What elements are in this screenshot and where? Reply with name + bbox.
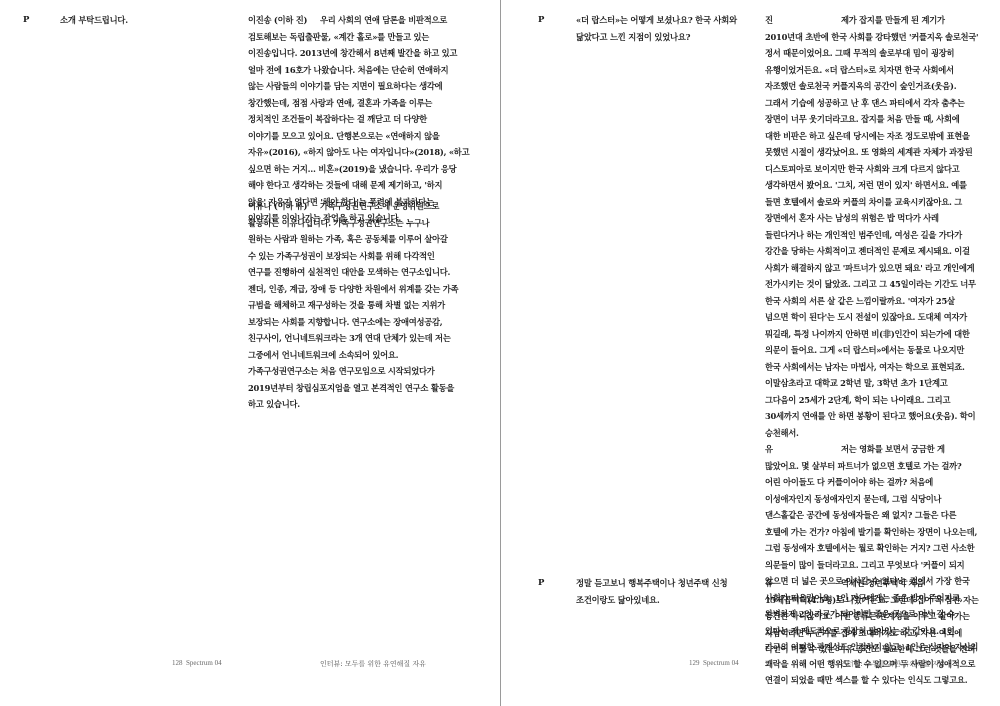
answer-line: 이유나 (이하 유)가족구성권연구소에 운영위원으로 — [248, 198, 488, 215]
speaker-label: 이진송 (이하 진) — [248, 12, 320, 29]
answer-block-yu: 이유나 (이하 유)가족구성권연구소에 운영위원으로 활동하는 이유나입니다. … — [248, 198, 488, 413]
answer-line: 생각하면서 봤어요. '그치, 저런 면이 있지' 하면서요. 예를 — [765, 177, 1000, 194]
answer-line: 이진송입니다. 2013년에 창간해서 8년째 발간을 하고 있고 — [248, 45, 488, 62]
answer-line: 넘으면 학이 된다'는 도시 전설이 있잖아요. 도대체 여자가 — [765, 309, 1000, 326]
answer-line: 사람이라면 누군가를 집에 초대하기도 하고, 자신 이외에 — [765, 625, 1000, 642]
page-footer-left: 128 Spectrum 04 — [172, 659, 222, 667]
answer-line: 수 있는 가족구성권이 보장되는 사회를 위해 다각적인 — [248, 248, 488, 265]
answer-line: 대한 비판은 하고 싶은데 당시에는 자조 정도로밖에 표현을 — [765, 128, 1000, 145]
answer-line: 정서 때문이었어요. 그때 무적의 솔로부대 밈이 굉장히 — [765, 45, 1000, 62]
answer-line: 싶으면 하는 거지… 비혼»(2019)을 냈습니다. 우리가 응당 — [248, 161, 488, 178]
speaker-label: 진 — [765, 12, 841, 29]
answer-line: 15제곱미터(4.5평)로 나왔거든요. 그런데 집이 꼭 잠만 자는 — [765, 592, 1000, 609]
answer-line: 사회가 해결하지 않고 '파트너가 있으면 돼요' 라고 개인에게 — [765, 260, 1000, 277]
answer-line: 그럼 동성애자 호텔에서는 뭘로 확인하는 거지? 그런 사소한 — [765, 540, 1000, 557]
answer-line: 들린다거나 하는 개인적인 범주인데, 여성은 길을 가다가 — [765, 227, 1000, 244]
speaker-label: 유 — [765, 575, 841, 592]
answer-line: 그중에서 언니네트워크에 소속되어 있어요. — [248, 347, 488, 364]
answer-line: 장면이 너무 웃기더라고요. 잡지를 처음 만들 때, 사회에 — [765, 111, 1000, 128]
answer-line: 이성애자인지 동성애자인지 묻는데, 그럼 식당이나 — [765, 491, 1000, 508]
speaker-label: 유 — [765, 441, 841, 458]
answer-line: 그다음이 25세가 2단계, 학이 되는 나이래요. 그리고 — [765, 392, 1000, 409]
question-marker: P — [538, 12, 544, 29]
right-page: P «더 랍스터»는 어떻게 보셨나요? 한국 사회와 닮았다고 느낀 지점이 … — [501, 0, 1000, 706]
running-title: 인터뷰: 모두를 위한 유연해질 자유 — [840, 659, 946, 669]
question-text: «더 랍스터»는 어떻게 보셨나요? 한국 사회와 닮았다고 느낀 지점이 있었… — [576, 12, 737, 45]
question-marker: P — [538, 575, 544, 592]
speaker-label: 이유나 (이하 유) — [248, 198, 320, 215]
answer-line: 전가시키는 것이 닮았죠. 그리고 그 45일이라는 기간도 너무 — [765, 276, 1000, 293]
answer-line: 공간은 아니잖아요. 어떤 종류든 관계성을 이루고 살아가는 — [765, 608, 1000, 625]
page-number: 129 — [689, 659, 700, 667]
answer-line: 유저는 영화를 보면서 궁금한 게 — [765, 441, 1000, 458]
answer-line: 2019년부터 창립심포지엄을 열고 본격적인 연구소 활동을 — [248, 380, 488, 397]
answer-line: 자조했던 솔로천국 커플지옥의 공간이 숲인거죠(웃음). — [765, 78, 1000, 95]
magazine-name: Spectrum 04 — [703, 659, 739, 667]
answer-line: 유행이었거든요. «더 랍스터»로 치자면 한국 사회에서 — [765, 62, 1000, 79]
answer-line: 의문이 들어요. 그게 «더 랍스터»에서는 동물로 나오지만 — [765, 342, 1000, 359]
answer-line: 디스토피아로 보이지만 한국 사회와 크게 다르지 않다고 — [765, 161, 1000, 178]
answer-line: 진제가 잡지를 만들게 된 계기가 — [765, 12, 1000, 29]
answer-line: 뭐길래, 특정 나이까지 안하면 비(非)인간이 되는가에 대한 — [765, 326, 1000, 343]
answer-line: 한국 사회의 서른 살 같은 느낌이랄까요. '여자가 25살 — [765, 293, 1000, 310]
answer-line: 가족구성권연구소는 처음 연구모임으로 시작되었다가 — [248, 363, 488, 380]
question-text: 소개 부탁드립니다. — [60, 12, 128, 29]
answer-line: 이말삼초라고 대학교 2학년 말, 3학년 초가 1단계고 — [765, 375, 1000, 392]
answer-line: 30세까지 연애를 안 하면 봉황이 된다고 했어요(웃음). 학이 — [765, 408, 1000, 425]
answer-line: 그래서 기습에 성공하고 난 후 댄스 파티에서 각자 춤추는 — [765, 95, 1000, 112]
answer-line: 못했던 시절이 생각났어요. 또 영화의 세계관 자체가 과장된 — [765, 144, 1000, 161]
answer-line: 않는 사람들의 이야기를 담는 지면이 필요하다는 생각에 — [248, 78, 488, 95]
answer-line: 들면 호텔에서 솔로와 커플의 차이를 교육시키잖아요. 그 — [765, 194, 1000, 211]
answer-line: 많았어요. 몇 살부터 파트너가 없으면 호텔로 가는 걸까? — [765, 458, 1000, 475]
answer-line: 젠더, 인종, 계급, 장애 등 다양한 차원에서 위계를 갖는 가족 — [248, 281, 488, 298]
magazine-name: Spectrum 04 — [186, 659, 222, 667]
answer-line: 얼마 전에 16호가 나왔습니다. 처음에는 단순히 연애하지 — [248, 62, 488, 79]
answer-line: 이진송 (이하 진)우리 사회의 연애 담론을 비판적으로 — [248, 12, 488, 29]
page-footer-right: 129 Spectrum 04 — [689, 659, 739, 667]
answer-line: 타인이 머물 수 있는 여유 공간도 필요한데 그런 것들을 전혀 — [765, 641, 1000, 658]
running-title: 인터뷰: 모두를 위한 유연해질 자유 — [320, 659, 426, 669]
answer-line: 해야 한다고 생각하는 것들에 대해 문제 제기하고, '하지 — [248, 177, 488, 194]
question-text: 정말 듣고보니 행복주택이나 청년주택 신청 조건이랑도 닮아있네요. — [576, 575, 727, 608]
answer-line: 승천해서. — [765, 425, 1000, 442]
page-number: 128 — [172, 659, 183, 667]
answer-line: 연구를 진행하여 실천적인 대안을 모색하는 연구소입니다. — [248, 264, 488, 281]
answer-line: 연결이 되었을 때만 섹스를 할 수 있다는 인식도 그렇고요. — [765, 672, 1000, 689]
answer-line: 검토해보는 독립출판물, «계간 홀로»를 만들고 있는 — [248, 29, 488, 46]
answer-line: 강간을 당하는 사회적이고 젠더적인 문제로 제시돼요. 이걸 — [765, 243, 1000, 260]
answer-line: 창간했는데, 점점 사랑과 연애, 결혼과 가족을 이루는 — [248, 95, 488, 112]
answer-line: 규범을 해체하고 재구성하는 것을 통해 차별 없는 지위가 — [248, 297, 488, 314]
answer-line: 활동하는 이유나입니다. 가족구성권연구소는 누구나 — [248, 215, 488, 232]
answer-line: 하고 있습니다. — [248, 396, 488, 413]
answer-line: 정치적인 조건들이 복잡하다는 걸 깨닫고 더 다양한 — [248, 111, 488, 128]
answer-line: 장면에서 혼자 사는 남성의 위험은 밥 먹다가 사레 — [765, 210, 1000, 227]
answer-line: 자유»(2016), «하지 않아도 나는 여자입니다»(2018), «하고 — [248, 144, 488, 161]
answer-line: 댄스홀같은 공간에 동성애자들은 왜 없지? 그들은 다른 — [765, 507, 1000, 524]
answer-block-jin: 이진송 (이하 진)우리 사회의 연애 담론을 비판적으로 검토해보는 독립출판… — [248, 12, 488, 227]
answer-line: 이야기를 모으고 있어요. 단행본으로는 «연애하지 않을 — [248, 128, 488, 145]
left-page: P 소개 부탁드립니다. 이진송 (이하 진)우리 사회의 연애 담론을 비판적… — [0, 0, 500, 706]
answer-line: 한국 사회에서는 남자는 마법사, 여자는 학으로 표현되죠. — [765, 359, 1000, 376]
answer-line: 호텔에 가는 건가? 아침에 발기를 확인하는 장면이 나오는데, — [765, 524, 1000, 541]
answer-line: 어린 아이들도 다 커플이어야 하는 걸까? 처음에 — [765, 474, 1000, 491]
question-marker: P — [23, 12, 29, 29]
answer-line: 2010년대 초반에 한국 사회를 강타했던 '커플지옥 솔로천국' — [765, 29, 1000, 46]
answer-line: 유역세권 청년주택이 처음 — [765, 575, 1000, 592]
answer-line: 원하는 사람과 원하는 가족, 혹은 공동체를 이루어 살아갈 — [248, 231, 488, 248]
answer-line: 보장되는 사회를 지향합니다. 연구소에는 장애여성공감, — [248, 314, 488, 331]
answer-block-yu-housing: 유역세권 청년주택이 처음 15제곱미터(4.5평)로 나왔거든요. 그런데 집… — [765, 575, 1000, 658]
answer-line: 친구사이, 언니네트워크라는 3개 연대 단체가 있는데 저는 — [248, 330, 488, 347]
answer-line: 의문들이 많이 들더라고요. 그리고 무엇보다 '커플이 되지 — [765, 557, 1000, 574]
